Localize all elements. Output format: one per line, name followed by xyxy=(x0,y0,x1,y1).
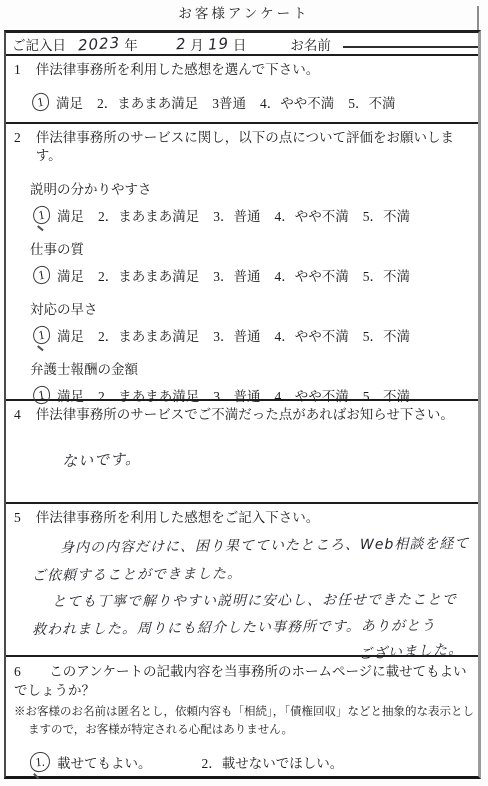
month-handwritten-value: 2 xyxy=(175,34,187,53)
day-suffix-label: 日 xyxy=(233,34,247,54)
q2-option: 3．普通 xyxy=(213,265,260,285)
q2-option: 5．不満 xyxy=(363,265,410,285)
year-handwritten-value: 2023 xyxy=(77,33,120,54)
question-1-section: 1 伴法律事務所を利用した感想を選んで下さい。 1 満足 2．まあまあ満足 3普… xyxy=(6,56,478,124)
q1-option: 3普通 xyxy=(212,92,246,112)
q2-option: 4．やや不満 xyxy=(275,265,349,285)
q2-option-selected: 1 満足 xyxy=(33,325,84,345)
q2-option: 5．不満 xyxy=(363,205,410,225)
date-name-row: ご記入日 2023 年 2 月 19 日 お名前 xyxy=(6,33,478,56)
question-1-heading: 1 伴法律事務所を利用した感想を選んで下さい。 xyxy=(6,56,478,79)
q2-subitem-title: 説明の分かりやすさ xyxy=(30,180,478,199)
date-label: ご記入日 xyxy=(12,34,66,54)
q2-subitem-options: 1 満足 2．まあまあ満足 3．普通 4．やや不満 5．不満 xyxy=(30,265,478,285)
q2-selected-label: 満足 xyxy=(57,205,84,225)
question-1-options: 1 満足 2．まあまあ満足 3普通 4．やや不満 5．不満 xyxy=(6,92,478,112)
question-5-text: 伴法律事務所を利用した感想をご記入下さい。 xyxy=(36,509,320,527)
q1-option: 5．不満 xyxy=(348,92,395,112)
question-5-section: 5 伴法律事務所を利用した感想をご記入下さい。 身内の内容だけに、困り果てていた… xyxy=(6,504,478,657)
question-2-text: 伴法律事務所のサービスに関し，以下の点について評価をお願いします。 xyxy=(36,129,470,165)
question-4-heading: 4 伴法律事務所のサービスでご不満だった点があればお知らせ下さい。 xyxy=(6,401,478,424)
scan-artifact-dash xyxy=(477,6,479,31)
question-5-number: 5 xyxy=(14,509,21,527)
question-2-section: 2 伴法律事務所のサービスに関し，以下の点について評価をお願いします。 説明の分… xyxy=(6,124,478,401)
q2-option: 5．不満 xyxy=(363,325,410,345)
question-1-number: 1 xyxy=(14,61,21,79)
q2-subitem-response-speed: 対応の早さ 1 満足 2．まあまあ満足 3．普通 4．やや不満 5．不満 xyxy=(30,300,478,345)
q2-subitem-options: 1 満足 2．まあまあ満足 3．普通 4．やや不満 5．不満 xyxy=(30,205,478,225)
q2-option: 3．普通 xyxy=(213,325,260,345)
q1-selected-label: 満足 xyxy=(56,92,83,112)
q1-option: 2．まあまあ満足 xyxy=(97,92,198,112)
q2-option: 4．やや不満 xyxy=(275,325,349,345)
q1-option-selected: 1 満足 xyxy=(32,92,83,112)
question-6-text: このアンケートの記載内容を当事務所のホームページに載せてもよいでしょうか？ xyxy=(14,664,467,698)
q6-selected-circle-mark: 1. xyxy=(29,751,50,772)
name-blank-line xyxy=(343,34,478,48)
q5-handwritten-line: 救われました。周りにも紹介したい事務所です。ありがとう xyxy=(32,615,436,639)
page-title: お客様アンケート xyxy=(0,2,488,22)
q2-option: 4．やや不満 xyxy=(275,205,349,225)
q2-subitem-title: 対応の早さ xyxy=(30,300,478,319)
q2-selected-circle-mark: 1 xyxy=(32,265,52,285)
q2-option-selected: 1 満足 xyxy=(33,205,84,225)
q6-selected-label: 載せてもよい。 xyxy=(57,752,152,772)
q2-subitem-title: 弁護士報酬の金額 xyxy=(30,360,478,379)
q2-selected-label: 満足 xyxy=(57,265,84,285)
q5-handwritten-line: ご依頼することができました。 xyxy=(32,563,242,585)
question-4-number: 4 xyxy=(14,406,21,424)
q6-option: 2．載せないでほしい。 xyxy=(202,752,344,772)
question-2-subitems: 説明の分かりやすさ 1 満足 2．まあまあ満足 3．普通 4．やや不満 5．不満… xyxy=(6,180,478,405)
question-4-section: 4 伴法律事務所のサービスでご不満だった点があればお知らせ下さい。 ないです。 xyxy=(6,401,478,504)
year-suffix-label: 年 xyxy=(124,34,138,54)
question-2-heading: 2 伴法律事務所のサービスに関し，以下の点について評価をお願いします。 xyxy=(6,124,478,165)
question-6-options: 1. 載せてもよい。 2．載せないでほしい。 xyxy=(6,752,478,772)
day-handwritten-value: 19 xyxy=(207,34,229,53)
q2-subitem-work-quality: 仕事の質 1 満足 2．まあまあ満足 3．普通 4．やや不満 5．不満 xyxy=(30,240,478,285)
question-6-heading: 6 このアンケートの記載内容を当事務所のホームページに載せてもよいでしょうか？ xyxy=(6,657,478,700)
question-2-number: 2 xyxy=(14,129,21,147)
q2-subitem-explanation: 説明の分かりやすさ 1 満足 2．まあまあ満足 3．普通 4．やや不満 5．不満 xyxy=(30,180,478,225)
q2-selected-label: 満足 xyxy=(57,325,84,345)
month-suffix-label: 月 xyxy=(190,34,204,54)
survey-form-box: ご記入日 2023 年 2 月 19 日 お名前 1 伴法律事務所を利用した感想… xyxy=(4,30,481,779)
question-5-heading: 5 伴法律事務所を利用した感想をご記入下さい。 xyxy=(6,504,478,527)
q1-selected-circle-mark: 1 xyxy=(31,92,51,112)
q2-option: 2．まあまあ満足 xyxy=(98,265,199,285)
q4-handwritten-answer: ないです。 xyxy=(62,448,141,472)
q2-option: 3．普通 xyxy=(213,205,260,225)
question-6-number: 6 xyxy=(14,664,21,679)
q2-subitem-options: 1 満足 2．まあまあ満足 3．普通 4．やや不満 5．不満 xyxy=(30,325,478,345)
question-6-section: 6 このアンケートの記載内容を当事務所のホームページに載せてもよいでしょうか？ … xyxy=(6,657,478,776)
q6-option-selected: 1. 載せてもよい。 xyxy=(30,752,152,772)
question-6-note: ※お客様のお名前は匿名とし，依頼内容も「相続」，「債権回収」などと抽象的な表示と… xyxy=(14,703,474,739)
q5-handwritten-line: 身内の内容だけに、困り果てていたところ、Web相談を経て xyxy=(60,533,470,557)
question-4-text: 伴法律事務所のサービスでご不満だった点があればお知らせ下さい。 xyxy=(36,406,454,424)
q2-option: 2．まあまあ満足 xyxy=(98,325,199,345)
q1-option: 4．やや不満 xyxy=(260,92,334,112)
question-1-text: 伴法律事務所を利用した感想を選んで下さい。 xyxy=(36,61,320,79)
q5-handwritten-line: とても丁寧で解りやすい説明に安心し、お任せできたことで xyxy=(52,589,457,611)
q2-selected-circle-mark: 1 xyxy=(32,205,52,225)
q2-option: 2．まあまあ満足 xyxy=(98,205,199,225)
q2-subitem-lawyer-fee: 弁護士報酬の金額 1 満足 2．まあまあ満足 3．普通 4．やや不満 5．不満 xyxy=(30,360,478,405)
q2-subitem-title: 仕事の質 xyxy=(30,240,478,259)
q2-selected-circle-mark: 1 xyxy=(32,325,52,345)
name-label: お名前 xyxy=(290,34,331,54)
q2-option-selected: 1 満足 xyxy=(33,265,84,285)
